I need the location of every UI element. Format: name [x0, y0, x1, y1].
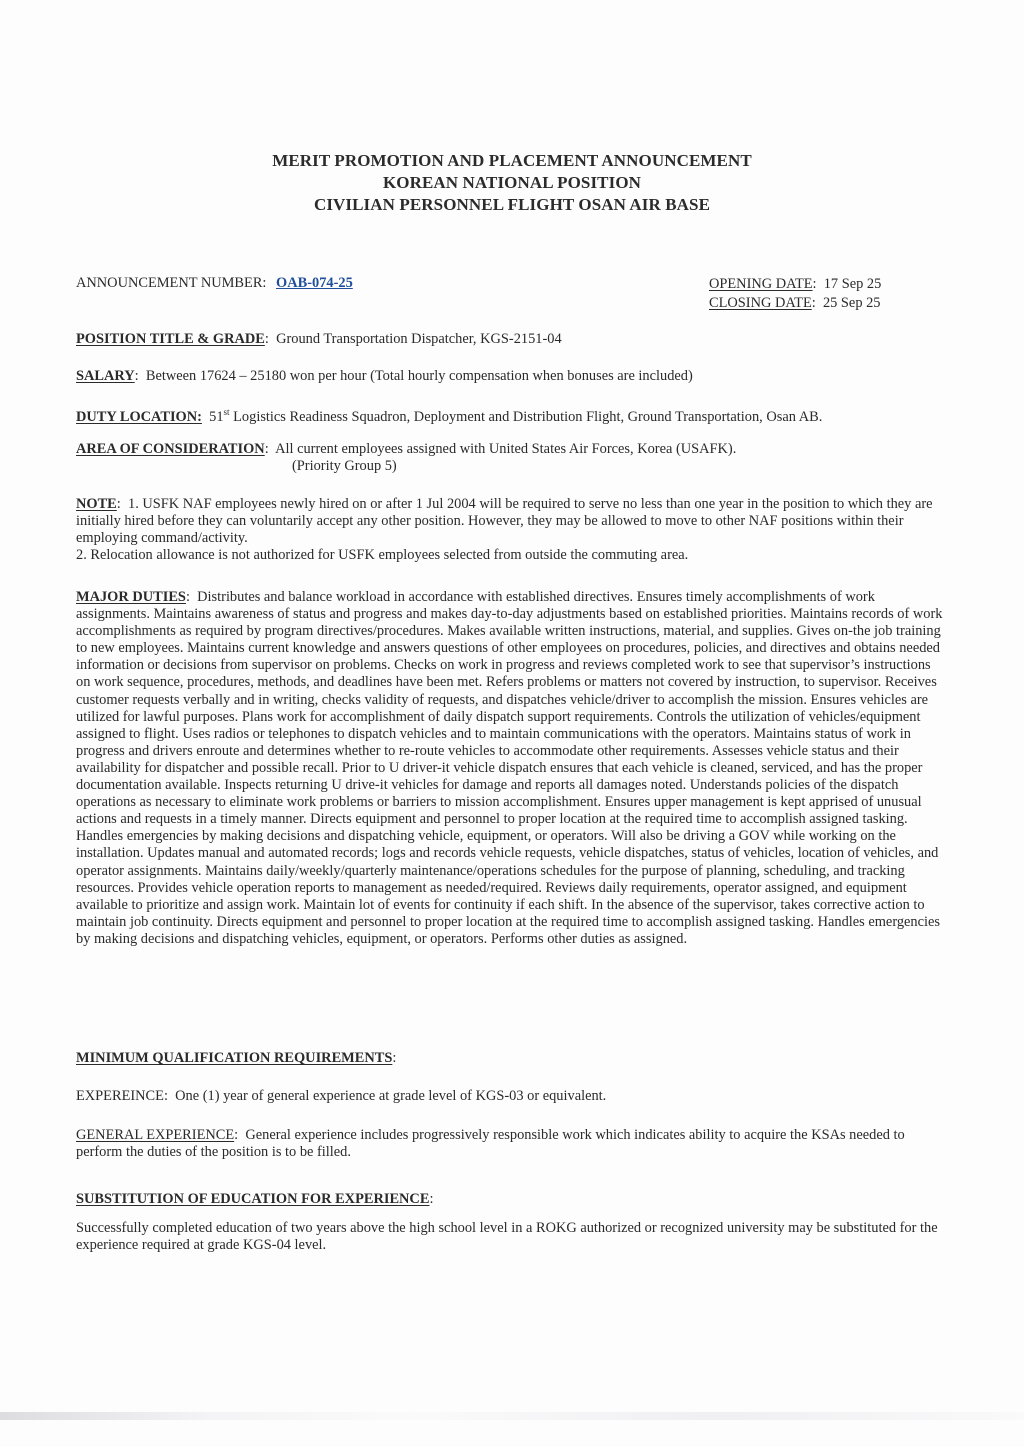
announcement-number-label: ANNOUNCEMENT NUMBER:	[76, 275, 266, 291]
duty-location-number: 51	[209, 409, 223, 425]
min-qual-label: MINIMUM QUALIFICATION REQUIREMENTS	[76, 1050, 392, 1066]
announcement-number-row: ANNOUNCEMENT NUMBER: OAB-074-25	[76, 275, 353, 292]
salary-label: SALARY	[76, 368, 135, 384]
scan-artifact	[0, 1412, 1024, 1420]
general-experience-section: GENERAL EXPERIENCE: General experience i…	[76, 1127, 946, 1161]
area-label: AREA OF CONSIDERATION	[76, 441, 265, 457]
note-item-1: 1. USFK NAF employees newly hired on or …	[76, 496, 933, 546]
opening-date-row: OPENING DATE: 17 Sep 25	[709, 275, 881, 294]
priority-group: (Priority Group 5)	[76, 458, 946, 475]
document-header: MERIT PROMOTION AND PLACEMENT ANNOUNCEME…	[0, 150, 1024, 216]
note-section: NOTE: 1. USFK NAF employees newly hired …	[76, 496, 946, 564]
header-subtitle: KOREAN NATIONAL POSITION	[0, 172, 1024, 194]
closing-date-label: CLOSING DATE	[709, 295, 812, 311]
opening-date-value: 17 Sep 25	[824, 276, 882, 292]
announcement-number-link[interactable]: OAB-074-25	[276, 275, 353, 291]
position-title-value: Ground Transportation Dispatcher, KGS-21…	[276, 331, 562, 347]
salary-row: SALARY: Between 17624 – 25180 won per ho…	[76, 368, 693, 385]
area-of-consideration: AREA OF CONSIDERATION: All current emplo…	[76, 441, 946, 475]
header-title: MERIT PROMOTION AND PLACEMENT ANNOUNCEME…	[0, 150, 1024, 172]
major-duties-section: MAJOR DUTIES: Distributes and balance wo…	[76, 589, 946, 948]
experience-row: EXPEREINCE: One (1) year of general expe…	[76, 1088, 606, 1105]
min-qual-heading-row: MINIMUM QUALIFICATION REQUIREMENTS:	[76, 1050, 396, 1067]
position-title-row: POSITION TITLE & GRADE: Ground Transport…	[76, 331, 562, 348]
header-organization: CIVILIAN PERSONNEL FLIGHT OSAN AIR BASE	[0, 194, 1024, 216]
closing-date-value: 25 Sep 25	[823, 295, 881, 311]
dates-block: OPENING DATE: 17 Sep 25 CLOSING DATE: 25…	[709, 275, 881, 313]
salary-value: Between 17624 – 25180 won per hour (Tota…	[146, 368, 693, 384]
duty-location-row: DUTY LOCATION: 51st Logistics Readiness …	[76, 404, 822, 426]
position-title-label: POSITION TITLE & GRADE	[76, 331, 265, 347]
major-duties-label: MAJOR DUTIES	[76, 589, 186, 605]
experience-label: EXPEREINCE:	[76, 1088, 168, 1104]
opening-date-label: OPENING DATE	[709, 276, 813, 292]
duty-location-value: Logistics Readiness Squadron, Deployment…	[230, 409, 823, 425]
area-value: All current employees assigned with Unit…	[275, 441, 736, 457]
note-label: NOTE	[76, 496, 117, 512]
experience-value: One (1) year of general experience at gr…	[175, 1088, 606, 1104]
general-experience-label: GENERAL EXPERIENCE	[76, 1127, 234, 1143]
substitution-label: SUBSTITUTION OF EDUCATION FOR EXPERIENCE	[76, 1191, 429, 1207]
duty-location-label: DUTY LOCATION:	[76, 409, 202, 425]
major-duties-text: Distributes and balance workload in acco…	[76, 589, 942, 947]
closing-date-row: CLOSING DATE: 25 Sep 25	[709, 294, 881, 313]
substitution-text: Successfully completed education of two …	[76, 1220, 946, 1254]
note-item-2: 2. Relocation allowance is not authorize…	[76, 547, 946, 564]
substitution-heading-row: SUBSTITUTION OF EDUCATION FOR EXPERIENCE…	[76, 1191, 433, 1208]
